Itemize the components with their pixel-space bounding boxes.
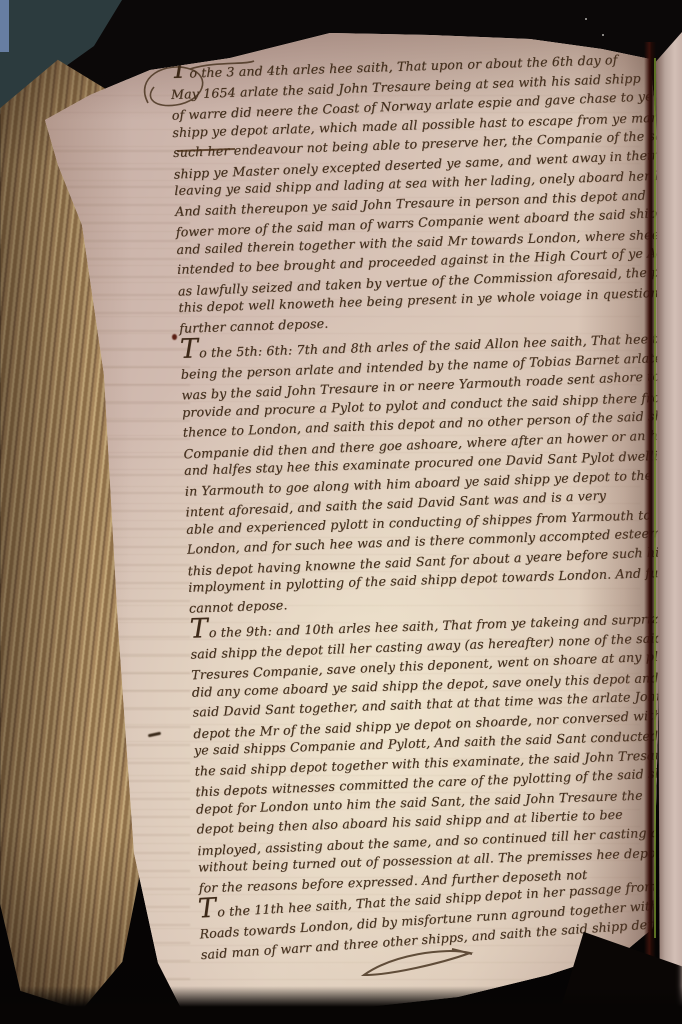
background-window-light-strip [0, 0, 9, 52]
dust-speck [585, 18, 587, 20]
photo-scene: To the 3 and 4th arles hee saith, That u… [0, 0, 682, 1024]
bottom-table-shadow [0, 986, 682, 1024]
dust-speck [602, 34, 604, 36]
facing-page-edge [656, 32, 682, 1014]
gutter-green-line [654, 58, 656, 938]
ink-spot [172, 334, 177, 340]
closing-flourish [360, 945, 476, 985]
